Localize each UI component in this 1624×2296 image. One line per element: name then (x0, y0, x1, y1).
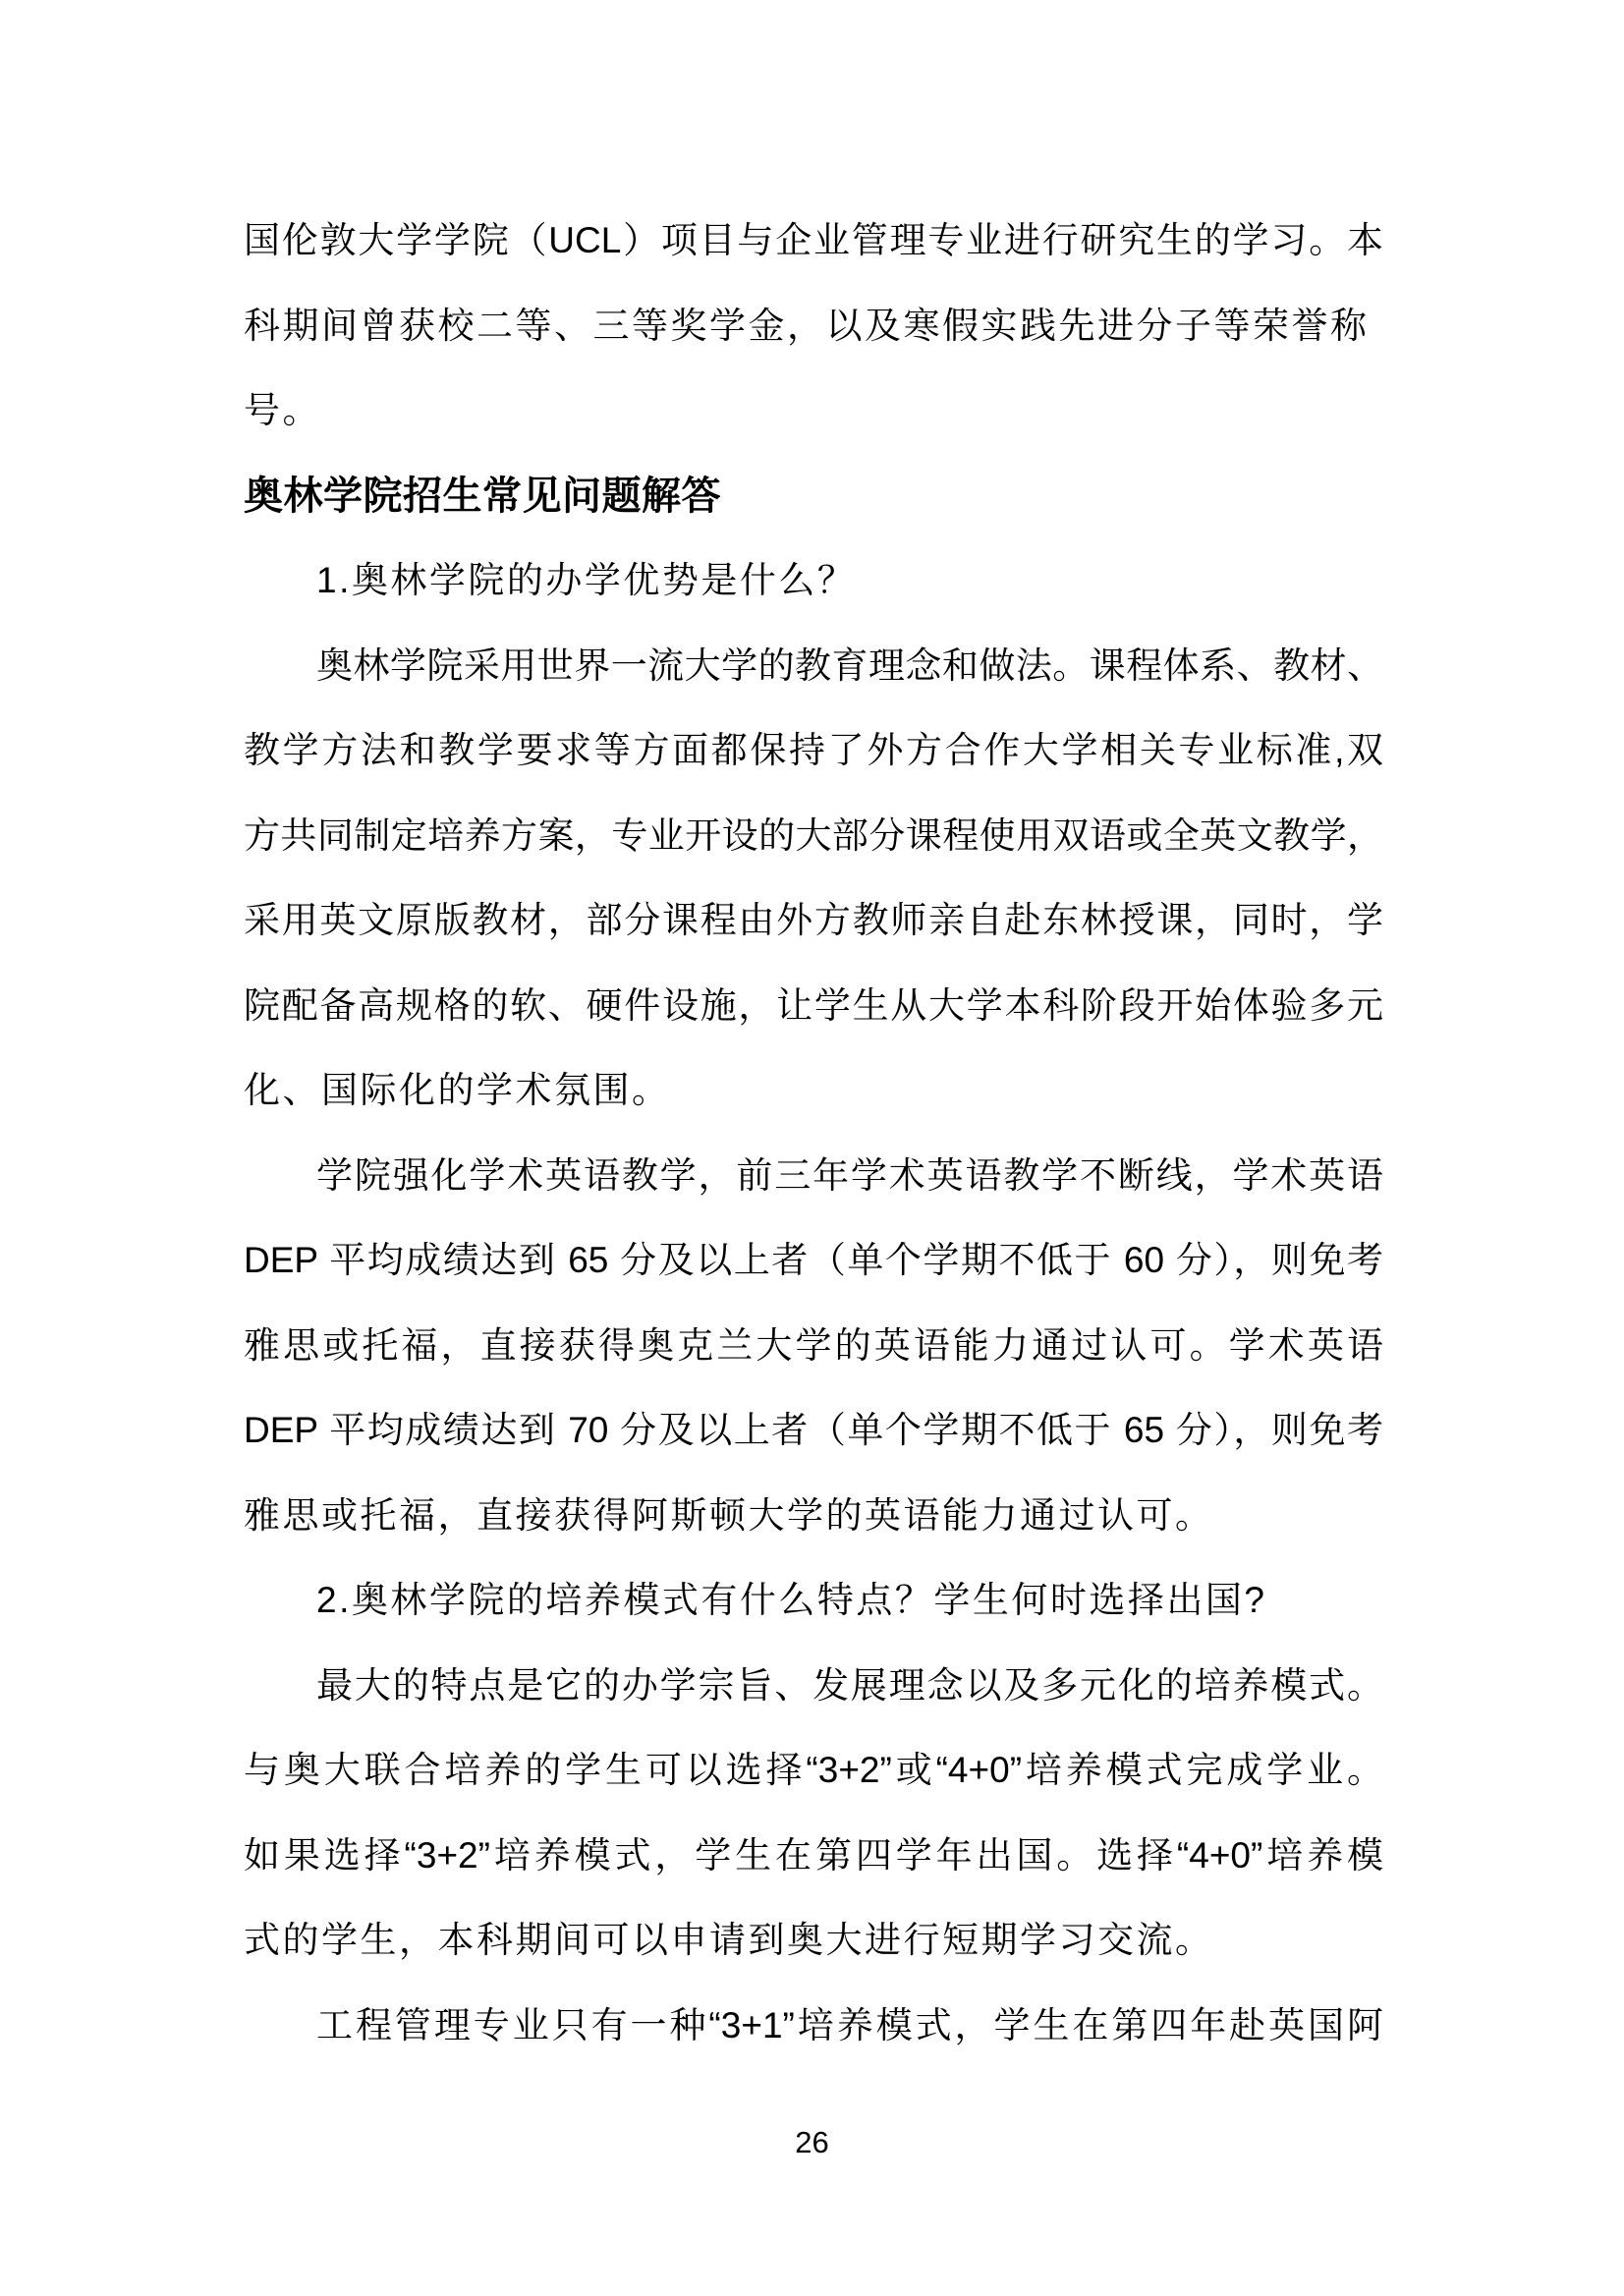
faq-answer-line: 与奥大联合培养的学生可以选择“3+2”或“4+0”培养模式完成学业。 (244, 1728, 1383, 1814)
blank-line (244, 368, 1383, 454)
page-text: 国伦敦大学学院（UCL）项目与企业管理专业进行研究生的学习。本 科期间曾获校二等… (244, 198, 1383, 2068)
faq-question: 1.奥林学院的办学优势是什么？ (244, 538, 1383, 624)
document-page: 国伦敦大学学院（UCL）项目与企业管理专业进行研究生的学习。本 科期间曾获校二等… (0, 0, 1624, 2296)
faq-question: 2.奥林学院的培养模式有什么特点？学生何时选择出国? (244, 1558, 1383, 1644)
faq-answer-line: 奥林学院采用世界一流大学的教育理念和做法。课程体系、教材、 (244, 624, 1383, 709)
faq-answer-line: 化、国际化的学术氛围。 (244, 1048, 1383, 1134)
faq-answer-line: 院配备高规格的软、硬件设施，让学生从大学本科阶段开始体验多元 (244, 964, 1383, 1049)
faq-answer-line: 雅思或托福，直接获得奥克兰大学的英语能力通过认可。学术英语 (244, 1304, 1383, 1389)
intro-line: 国伦敦大学学院（UCL）项目与企业管理专业进行研究生的学习。本 (244, 198, 1383, 284)
faq-answer-line: 工程管理专业只有一种“3+1”培养模式，学生在第四年赴英国阿 (244, 1984, 1383, 2069)
faq-answer-line: 式的学生，本科期间可以申请到奥大进行短期学习交流。 (244, 1898, 1383, 1984)
faq-answer-line: 教学方法和教学要求等方面都保持了外方合作大学相关专业标准,双 (244, 708, 1383, 794)
faq-answer-line: DEP 平均成绩达到 70 分及以上者（单个学期不低于 65 分），则免考 (244, 1388, 1383, 1474)
faq-answer-line: 如果选择“3+2”培养模式，学生在第四学年出国。选择“4+0”培养模 (244, 1814, 1383, 1899)
faq-answer-line: DEP 平均成绩达到 65 分及以上者（单个学期不低于 60 分），则免考 (244, 1218, 1383, 1304)
page-number: 26 (0, 2125, 1624, 2160)
intro-line: 科期间曾获校二等、三等奖学金，以及寒假实践先进分子等荣誉称号。 (244, 284, 1383, 369)
faq-answer-line: 雅思或托福，直接获得阿斯顿大学的英语能力通过认可。 (244, 1474, 1383, 1559)
section-heading: 奥林学院招生常见问题解答 (244, 454, 1383, 539)
faq-answer-line: 学院强化学术英语教学，前三年学术英语教学不断线，学术英语 (244, 1134, 1383, 1219)
faq-answer-line: 采用英文原版教材，部分课程由外方教师亲自赴东林授课，同时，学 (244, 878, 1383, 964)
faq-answer-line: 方共同制定培养方案，专业开设的大部分课程使用双语或全英文教学， (244, 794, 1383, 879)
faq-answer-line: 最大的特点是它的办学宗旨、发展理念以及多元化的培养模式。 (244, 1644, 1383, 1729)
